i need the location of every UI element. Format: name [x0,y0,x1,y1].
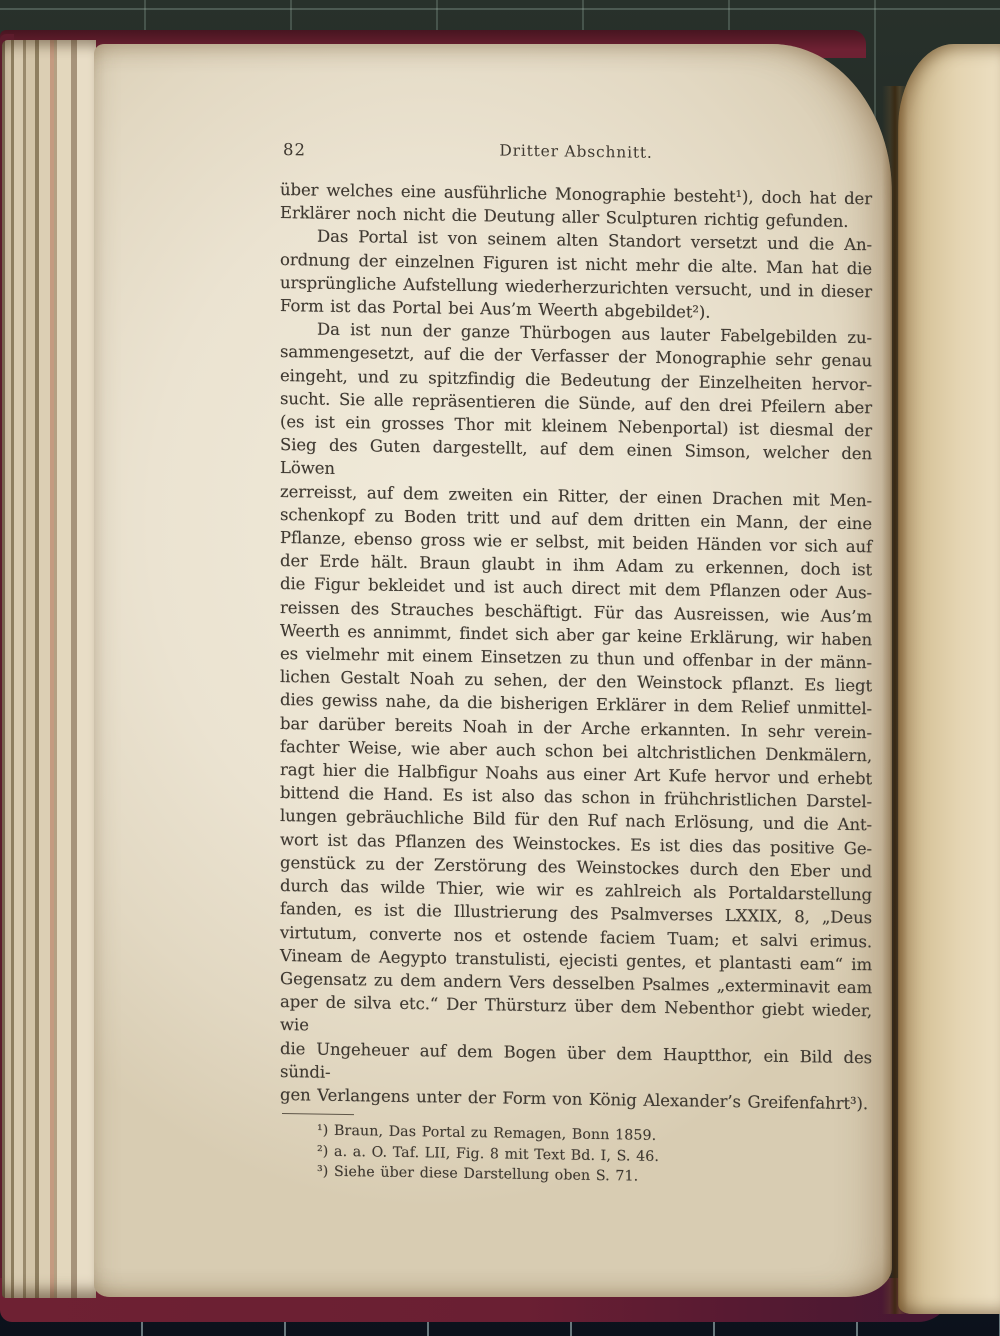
facing-page [898,44,1000,1314]
gutter-crease [882,86,908,1314]
paragraph: Da ist nun der ganze Thürbogen aus laute… [280,317,872,1115]
footnote-separator [282,1113,354,1115]
photo-scene: 82 Dritter Abschnitt. über welches eine … [0,0,1000,1336]
running-head: Dritter Abschnitt. [280,138,872,165]
page-edge-stack [2,40,96,1298]
body-text: über welches eine ausführliche Monograph… [280,178,872,1115]
paragraph: Das Portal ist von seinem alten Standort… [280,224,872,326]
book-page: 82 Dritter Abschnitt. über welches eine … [94,44,892,1297]
text-column: 82 Dritter Abschnitt. über welches eine … [280,134,872,1191]
footnotes: ¹) Braun, Das Portal zu Remagen, Bonn 18… [280,1120,872,1191]
page-header: 82 Dritter Abschnitt. [280,134,872,187]
